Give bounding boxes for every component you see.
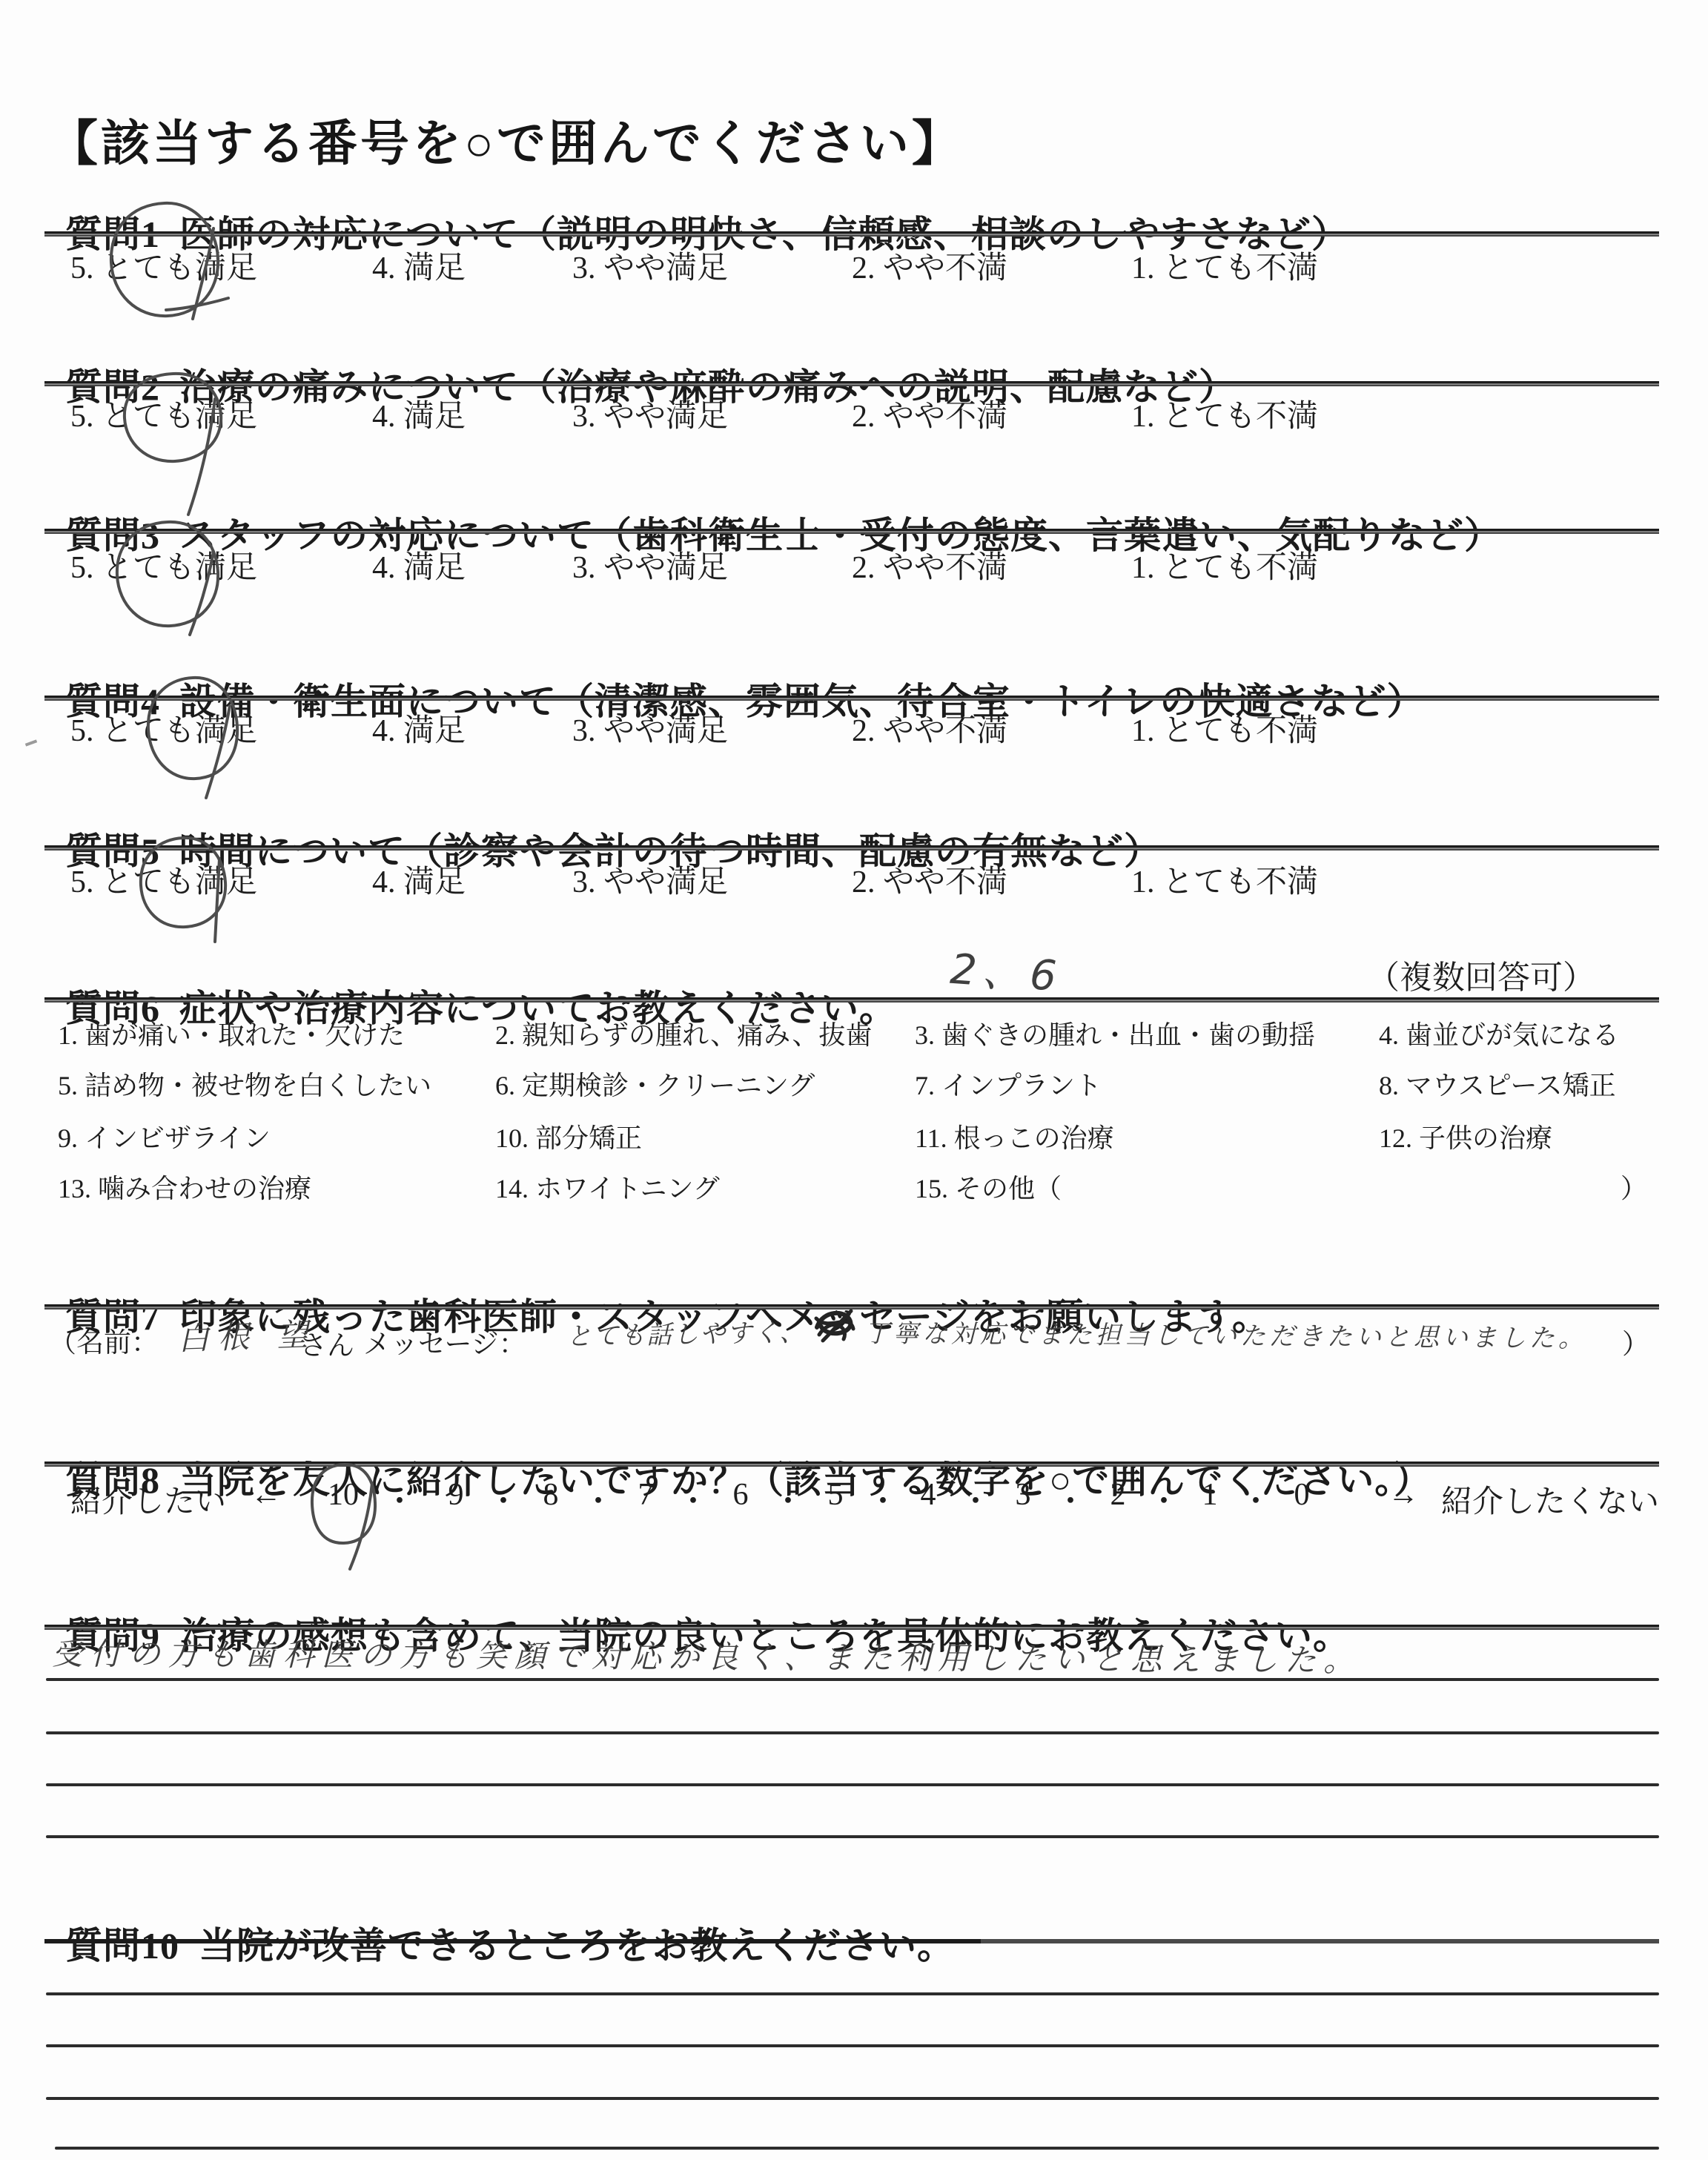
q1-option-3: 3. やや満足 [572, 243, 728, 288]
heading-underline [44, 231, 1659, 237]
handwritten-circle-q8 [307, 1461, 383, 1572]
q8-right-arrow-icon: → [1388, 1477, 1419, 1513]
handwritten-circle-q4 [141, 673, 245, 801]
q4-option-2: 2. やや不満 [852, 706, 1007, 750]
q6-option-13: 13. 噛み合わせの治療 [58, 1168, 311, 1206]
scribbled-out-text [812, 1305, 857, 1345]
q8-separator: ・ [583, 1477, 614, 1522]
q8-scale-3: 3 [1016, 1477, 1031, 1513]
q8-scale-0: 0 [1294, 1477, 1310, 1513]
q6-option-5: 5. 詰め物・被せ物を白くしたい [58, 1065, 431, 1103]
answer-line [46, 1992, 1659, 1995]
q8-separator: ・ [488, 1477, 519, 1522]
q6-option-14: 14. ホワイトニング [495, 1168, 720, 1206]
q9-handwritten-answer: 受付の方も歯科医の方も笑顔で対応が良く、また利用したいと思えました。 [52, 1629, 1362, 1680]
answer-line [46, 2044, 1659, 2047]
q6-handwritten-answer: 2、6 [948, 937, 1064, 1003]
q4-option-3: 3. やや満足 [572, 706, 728, 750]
q8-scale-2: 2 [1110, 1477, 1126, 1513]
answer-line [46, 1835, 1659, 1838]
answer-line [55, 2147, 1659, 2150]
q6-option-7: 7. インプラント [915, 1065, 1102, 1103]
survey-page: 【該当する番号を○で囲んでください】 質問1医師の対応について（説明の明快さ、信… [0, 0, 1708, 2160]
question-10-label: 質問10 [65, 1925, 179, 1966]
heading-underline [44, 1625, 1659, 1630]
q7-handwritten-message-2: 丁寧な対応でまた担当していただきたいと思いました。 [864, 1313, 1587, 1355]
q8-separator: ・ [678, 1477, 709, 1522]
answer-line [46, 1678, 1659, 1681]
q5-option-1: 1. とても不満 [1131, 857, 1318, 902]
q8-left-label: 紹介したい [70, 1477, 226, 1522]
q7-close-paren: ） [1622, 1321, 1649, 1361]
q6-option-2: 2. 親知らずの腫れ、痛み、抜歯 [495, 1014, 872, 1052]
q6-option-4: 4. 歯並びが気になる [1379, 1014, 1619, 1052]
heading-underline [44, 1939, 1659, 1943]
answer-line [46, 1783, 1659, 1786]
heading-underline [44, 845, 1659, 851]
q8-scale-9: 9 [448, 1477, 464, 1513]
q8-scale-7: 7 [638, 1477, 654, 1513]
q7-name-prefix: （名前： [49, 1320, 159, 1360]
q2-option-1: 1. とても不満 [1131, 392, 1318, 436]
q7-name-suffix: さん [299, 1323, 354, 1363]
q8-separator: ・ [1148, 1477, 1179, 1522]
q6-option-9: 9. インビザライン [58, 1117, 271, 1155]
question-10-text: 当院が改善できるところをお教えください。 [199, 1925, 955, 1966]
q7-handwritten-message-1: とても話しやすく、 [566, 1312, 807, 1353]
q8-scale-8: 8 [543, 1477, 559, 1513]
q8-right-label: 紹介したくない [1441, 1477, 1659, 1522]
q6-option-15: 15. その他（ [915, 1168, 1062, 1206]
q8-separator: ・ [772, 1477, 804, 1522]
q2-option-2: 2. やや不満 [852, 392, 1007, 436]
heading-underline [44, 997, 1659, 1003]
answer-line [46, 2097, 1659, 2100]
q1-option-4: 4. 満足 [372, 243, 466, 288]
q8-left-arrow-icon: ← [251, 1477, 282, 1513]
q6-option-11: 11. 根っこの治療 [915, 1117, 1114, 1155]
q8-scale-4: 4 [921, 1477, 936, 1513]
q4-option-1: 1. とても不満 [1131, 706, 1318, 750]
q8-separator: ・ [867, 1477, 898, 1522]
page-title: 【該当する番号を○で囲んでください】 [49, 104, 964, 174]
handwritten-circle-q1 [101, 197, 231, 323]
q8-scale-1: 1 [1202, 1477, 1218, 1513]
q8-scale-6: 6 [733, 1477, 749, 1513]
heading-underline [44, 1462, 1659, 1467]
q1-option-2: 2. やや不満 [852, 243, 1007, 288]
q8-separator: ・ [960, 1477, 991, 1522]
q8-separator: ・ [1055, 1477, 1086, 1522]
q6-option-3: 3. 歯ぐきの腫れ・出血・歯の動揺 [915, 1014, 1315, 1052]
q8-separator: ・ [1240, 1477, 1271, 1522]
handwritten-circle-q3 [108, 516, 227, 638]
scan-artifact-speck [25, 739, 37, 746]
heading-underline [44, 696, 1659, 701]
q5-option-4: 4. 満足 [372, 857, 466, 902]
q8-separator: ・ [384, 1477, 415, 1522]
handwritten-circle-q2 [117, 369, 228, 518]
q6-option-12: 12. 子供の治療 [1379, 1117, 1552, 1155]
q6-other-close-paren: ） [1621, 1168, 1647, 1206]
q8-scale-5: 5 [828, 1477, 844, 1513]
q2-option-3: 3. やや満足 [572, 392, 728, 436]
q6-option-10: 10. 部分矯正 [495, 1117, 642, 1155]
q3-option-3: 3. やや満足 [572, 543, 728, 587]
q4-option-4: 4. 満足 [372, 706, 466, 750]
q6-option-6: 6. 定期検診・クリーニング [495, 1065, 815, 1103]
handwritten-circle-q5 [133, 833, 233, 943]
q6-option-8: 8. マウスピース矯正 [1379, 1065, 1616, 1103]
heading-underline [44, 529, 1659, 534]
q7-message-prefix: メッセージ： [363, 1321, 526, 1361]
q3-option-2: 2. やや不満 [852, 543, 1007, 587]
q3-option-4: 4. 満足 [372, 543, 466, 587]
answer-line [46, 1731, 1659, 1734]
q2-option-4: 4. 満足 [372, 392, 466, 436]
q5-option-3: 3. やや満足 [572, 857, 728, 902]
q3-option-1: 1. とても不満 [1131, 543, 1318, 587]
q1-option-1: 1. とても不満 [1131, 243, 1318, 288]
heading-underline [44, 381, 1659, 386]
q6-option-1: 1. 歯が痛い・取れた・欠けた [58, 1014, 405, 1052]
q5-option-2: 2. やや不満 [852, 857, 1007, 902]
q7-handwritten-name: 白根 望 [177, 1310, 317, 1360]
q6-multiple-answers-note: （複数回答可） [1367, 951, 1595, 998]
